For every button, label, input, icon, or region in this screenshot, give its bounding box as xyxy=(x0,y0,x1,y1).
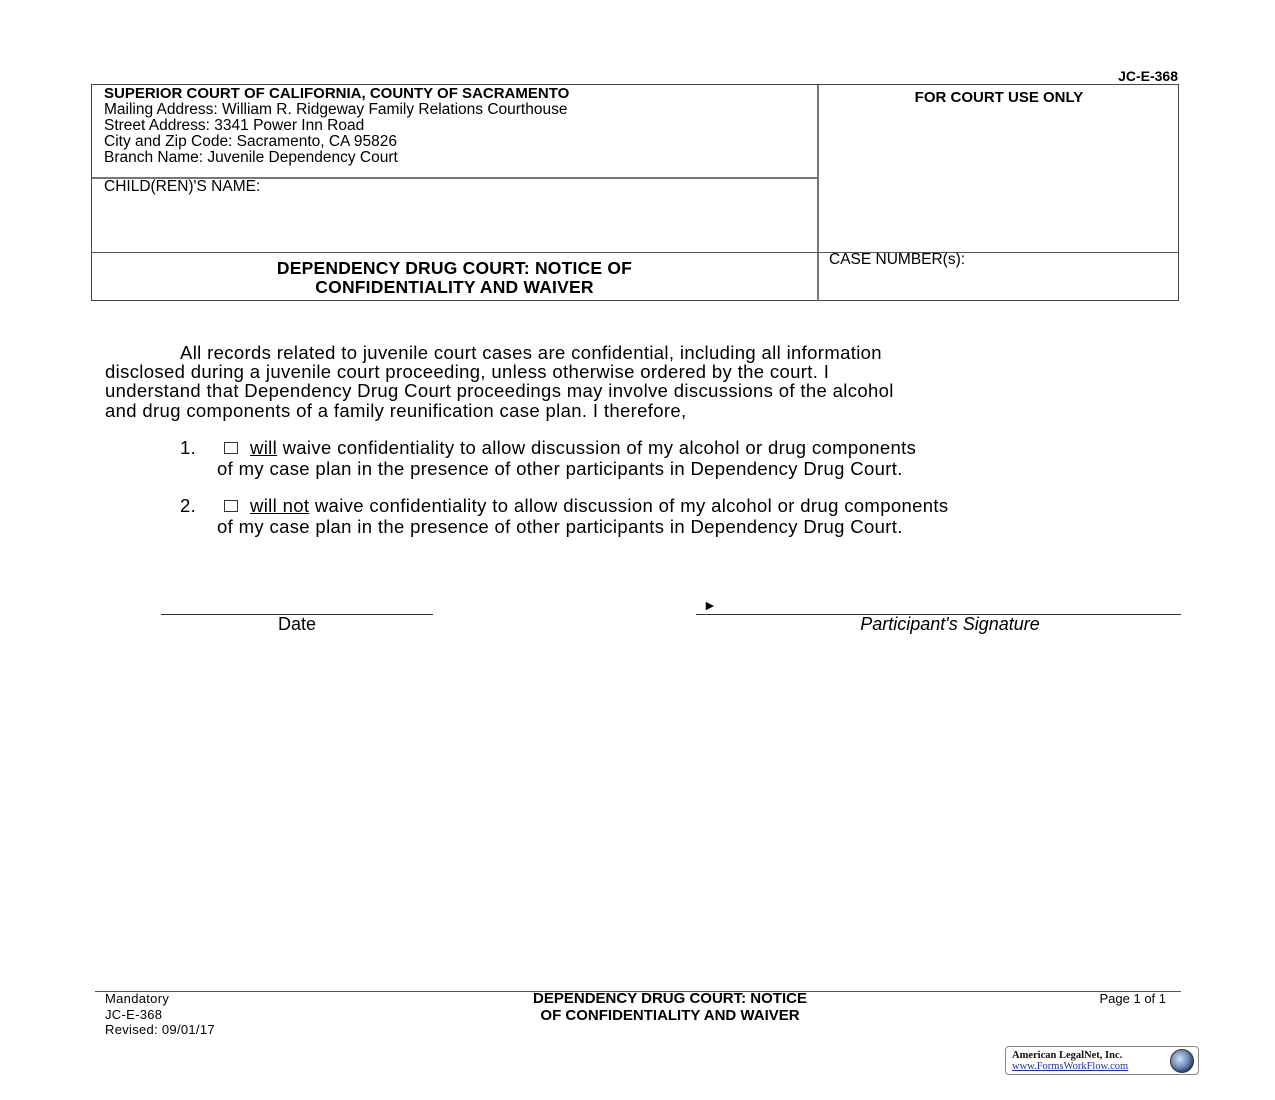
option-number: 1. xyxy=(180,437,224,458)
paragraph-line: disclosed during a juvenile court procee… xyxy=(105,362,1165,381)
option-will-waive: 1.will waive confidentiality to allow di… xyxy=(180,437,916,479)
american-legalnet-logo[interactable]: American LegalNet, Inc. www.FormsWorkFlo… xyxy=(1005,1046,1199,1075)
footer-title-line1: DEPENDENCY DRUG COURT: NOTICE xyxy=(440,991,900,1008)
footer-form-info: Mandatory JC-E-368 Revised: 09/01/17 xyxy=(105,991,215,1038)
form-id: JC-E-368 xyxy=(1020,68,1178,84)
option-emphasis: will not xyxy=(250,495,309,516)
option-text: waive confidentiality to allow discussio… xyxy=(309,495,948,516)
document-title-line1: DEPENDENCY DRUG COURT: NOTICE OF xyxy=(92,259,817,278)
city-zip: City and Zip Code: Sacramento, CA 95826 xyxy=(104,134,569,150)
option-number: 2. xyxy=(180,495,224,516)
logo-company: American LegalNet, Inc. xyxy=(1012,1050,1122,1061)
court-name: SUPERIOR COURT OF CALIFORNIA, COUNTY OF … xyxy=(104,86,569,102)
page-number: Page 1 of 1 xyxy=(1020,991,1166,1006)
children-name-field[interactable]: CHILD(REN)'S NAME: xyxy=(104,178,260,196)
signature-field[interactable] xyxy=(720,597,1180,614)
caption-divider-vertical xyxy=(817,85,819,301)
caption-divider-title xyxy=(92,252,1179,253)
caption-box: SUPERIOR COURT OF CALIFORNIA, COUNTY OF … xyxy=(91,84,1179,301)
footer-title-line2: OF CONFIDENTIALITY AND WAIVER xyxy=(440,1008,900,1025)
notice-paragraph: All records related to juvenile court ca… xyxy=(105,343,1165,420)
court-use-only-label: FOR COURT USE ONLY xyxy=(819,89,1179,106)
logo-website-link[interactable]: www.FormsWorkFlow.com xyxy=(1012,1061,1128,1072)
footer-mandatory: Mandatory xyxy=(105,991,215,1007)
will-not-waive-checkbox[interactable] xyxy=(224,500,238,512)
paragraph-line: understand that Dependency Drug Court pr… xyxy=(105,381,1165,400)
children-name-label: CHILD(REN)'S NAME: xyxy=(104,178,260,195)
document-title-line2: CONFIDENTIALITY AND WAIVER xyxy=(92,278,817,297)
document-title: DEPENDENCY DRUG COURT: NOTICE OF CONFIDE… xyxy=(92,259,817,297)
footer-form-id: JC-E-368 xyxy=(105,1007,215,1023)
mailing-address: Mailing Address: William R. Ridgeway Fam… xyxy=(104,102,569,118)
court-info: SUPERIOR COURT OF CALIFORNIA, COUNTY OF … xyxy=(104,86,569,166)
date-label: Date xyxy=(161,614,433,635)
option-text-line2: of my case plan in the presence of other… xyxy=(180,516,948,537)
signature-arrow-icon: ► xyxy=(703,597,717,613)
option-text: waive confidentiality to allow discussio… xyxy=(277,437,916,458)
footer-revised: Revised: 09/01/17 xyxy=(105,1022,215,1038)
street-address: Street Address: 3341 Power Inn Road xyxy=(104,118,569,134)
paragraph-line: and drug components of a family reunific… xyxy=(105,401,1165,420)
branch-name: Branch Name: Juvenile Dependency Court xyxy=(104,150,569,166)
will-waive-checkbox[interactable] xyxy=(224,442,238,454)
paragraph-line: All records related to juvenile court ca… xyxy=(105,343,1165,362)
footer-title: DEPENDENCY DRUG COURT: NOTICE OF CONFIDE… xyxy=(440,991,900,1024)
globe-icon xyxy=(1170,1049,1194,1073)
signature-label: Participant's Signature xyxy=(710,614,1190,635)
option-text-line2: of my case plan in the presence of other… xyxy=(180,458,916,479)
case-number-label: CASE NUMBER(s): xyxy=(829,251,965,268)
case-number-field[interactable]: CASE NUMBER(s): xyxy=(829,251,965,269)
option-will-not-waive: 2.will not waive confidentiality to allo… xyxy=(180,495,948,537)
option-emphasis: will xyxy=(250,437,277,458)
date-field[interactable] xyxy=(161,597,433,614)
